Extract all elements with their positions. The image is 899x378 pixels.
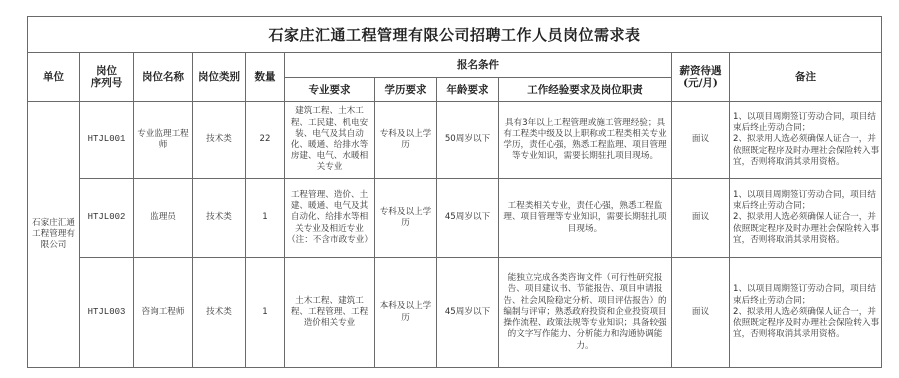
experience-cell: 工程类相关专业，责任心强，熟悉工程监理、项目管理等专业知识，需要长期驻扎项目现场…: [499, 179, 672, 258]
header-salary-line1: 薪资待遇: [674, 65, 727, 77]
header-salary: 薪资待遇 (元/月): [672, 53, 730, 102]
education-cell: 专科及以上学历: [375, 179, 437, 258]
major-cell: 建筑工程、土木工程、工民建、机电安装、电气及其自动化、暖通、给排水等房建、电气、…: [285, 102, 375, 179]
recruitment-table: 石家庄汇通工程管理有限公司招聘工作人员岗位需求表 单位 岗位 序列号 岗位名称 …: [27, 16, 882, 368]
remark-item-1: 1、以项目周期签订劳动合同，项目结束后终止劳动合同；: [733, 190, 879, 212]
remark-cell: 1、以项目周期签订劳动合同，项目结束后终止劳动合同； 2、拟录用人选必须确保人证…: [730, 179, 882, 258]
header-seq-line2: 序列号: [82, 77, 131, 89]
header-major: 专业要求: [285, 78, 375, 102]
seq-cell: HTJL001: [80, 102, 134, 179]
count-cell: 1: [246, 179, 285, 258]
remark-item-2: 2、拟录用人选必须确保人证合一，并依照既定程序及时办理社会保险转入事宜，否则将取…: [733, 134, 879, 168]
education-cell: 本科及以上学历: [375, 258, 437, 368]
age-cell: 45周岁以下: [437, 258, 499, 368]
education-cell: 专科及以上学历: [375, 102, 437, 179]
header-category: 岗位类别: [193, 53, 246, 102]
remark-cell: 1、以项目周期签订劳动合同，项目结束后终止劳动合同； 2、拟录用人选必须确保人证…: [730, 258, 882, 368]
count-cell: 1: [246, 258, 285, 368]
header-position-name: 岗位名称: [134, 53, 193, 102]
major-cell: 工程管理、造价、土建、暖通、电气及其自动化、给排水等相关专业及相近专业（注：不含…: [285, 179, 375, 258]
salary-cell: 面议: [672, 258, 730, 368]
seq-cell: HTJL002: [80, 179, 134, 258]
remark-item-1: 1、以项目周期签订劳动合同，项目结束后终止劳动合同；: [733, 284, 879, 306]
table-row: HTJL003 咨询工程师 技术类 1 土木工程、建筑工程、工程管理、工程造价相…: [28, 258, 882, 368]
category-cell: 技术类: [193, 258, 246, 368]
category-cell: 技术类: [193, 179, 246, 258]
remark-cell: 1、以项目周期签订劳动合同，项目结束后终止劳动合同； 2、拟录用人选必须确保人证…: [730, 102, 882, 179]
header-age: 年龄要求: [437, 78, 499, 102]
salary-cell: 面议: [672, 179, 730, 258]
age-cell: 50周岁以下: [437, 102, 499, 179]
seq-cell: HTJL003: [80, 258, 134, 368]
header-seq: 岗位 序列号: [80, 53, 134, 102]
experience-cell: 具有3年以上工程管理或施工管理经验；具有工程类中级及以上职称或工程类相关专业学历…: [499, 102, 672, 179]
remark-item-2: 2、拟录用人选必须确保人证合一，并依照既定程序及时办理社会保险转入事宜，否则将取…: [733, 307, 879, 341]
remark-item-1: 1、以项目周期签订劳动合同，项目结束后终止劳动合同；: [733, 112, 879, 134]
position-name-cell: 咨询工程师: [134, 258, 193, 368]
position-name-cell: 监理员: [134, 179, 193, 258]
age-cell: 45周岁以下: [437, 179, 499, 258]
remark-item-2: 2、拟录用人选必须确保人证合一，并依照既定程序及时办理社会保险转入事宜，否则将取…: [733, 212, 879, 246]
table-row: HTJL002 监理员 技术类 1 工程管理、造价、土建、暖通、电气及其自动化、…: [28, 179, 882, 258]
header-unit: 单位: [28, 53, 80, 102]
position-name-cell: 专业监理工程师: [134, 102, 193, 179]
header-education: 学历要求: [375, 78, 437, 102]
category-cell: 技术类: [193, 102, 246, 179]
unit-cell: 石家庄汇通工程管理有限公司: [28, 102, 80, 368]
experience-cell: 能独立完成各类咨询文件（可行性研究报告、项目建议书、节能报告、项目申请报告、社会…: [499, 258, 672, 368]
header-experience: 工作经验要求及岗位职责: [499, 78, 672, 102]
salary-cell: 面议: [672, 102, 730, 179]
table-row: 石家庄汇通工程管理有限公司 HTJL001 专业监理工程师 技术类 22 建筑工…: [28, 102, 882, 179]
table-title: 石家庄汇通工程管理有限公司招聘工作人员岗位需求表: [28, 17, 882, 53]
header-salary-line2: (元/月): [674, 77, 727, 89]
header-count: 数量: [246, 53, 285, 102]
header-seq-line1: 岗位: [82, 65, 131, 77]
count-cell: 22: [246, 102, 285, 179]
major-cell: 土木工程、建筑工程、工程管理、工程造价相关专业: [285, 258, 375, 368]
header-remark: 备注: [730, 53, 882, 102]
header-conditions: 报名条件: [285, 53, 672, 78]
